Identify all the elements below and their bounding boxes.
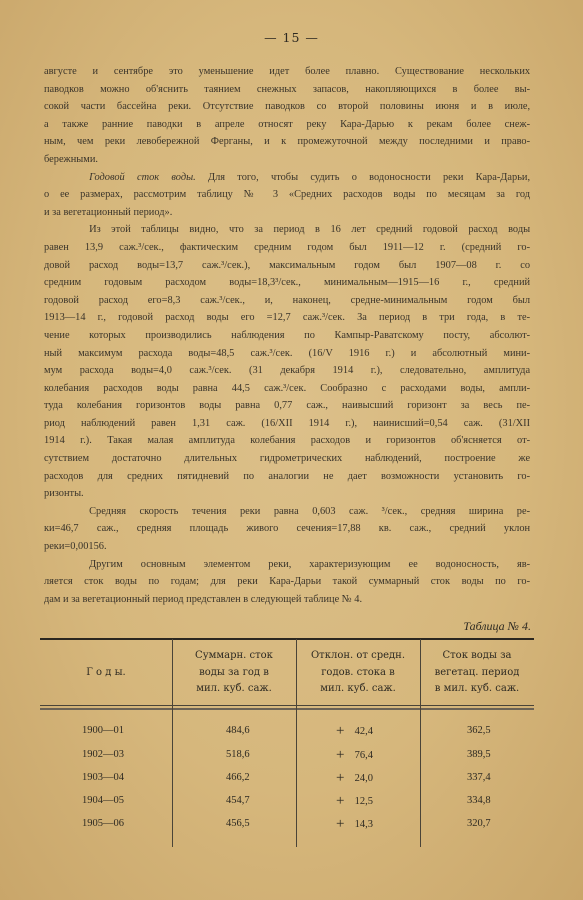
body-text: августе и сентябре это уменьшение идет б… (44, 63, 530, 608)
text-line: о ее размерах, рассмотрим таблицу № 3 «С… (44, 186, 530, 204)
cell-vegetation: 337,4 (467, 772, 491, 783)
text-line: туда колебания горизонтов воды равна 0,7… (44, 397, 530, 415)
paragraph-5: Другим основным элементом реки, характер… (44, 556, 530, 609)
text-line: Другим основным элементом реки, характер… (44, 556, 530, 574)
cell-year: 1902—03 (82, 749, 124, 760)
header-line: в мил. куб. саж. (420, 681, 534, 698)
plus-sign: + (336, 793, 352, 810)
text-line: чение которых производились наблюдения п… (44, 327, 530, 345)
text-fragment: Для того, чтобы судить о водоносности ре… (196, 172, 530, 183)
header-line: годов. стока в (296, 665, 420, 682)
text-line: риод наблюдений равен 1,31 саж. (16/XII … (44, 415, 530, 433)
text-line: сутствием достаточно длительных гидромет… (44, 450, 530, 468)
paragraph-2: Годовой сток воды. Для того, чтобы судит… (44, 169, 530, 222)
header-line: Сток воды за (420, 648, 534, 665)
text-line: расходов для средних пятидневий по анало… (44, 468, 530, 486)
text-line: ным, чем реки левобережной Ферганы, и к … (44, 133, 530, 151)
text-line: реки=0,00156. (44, 538, 530, 556)
cell-year: 1903—04 (82, 772, 124, 783)
cell-deviation: + 42,4 (336, 723, 373, 740)
header-annual-total: Суммарн. сток воды за год в мил. куб. са… (172, 648, 296, 698)
header-line: воды за год в (172, 665, 296, 682)
header-rule (40, 705, 534, 706)
text-line: Годовой сток воды. Для того, чтобы судит… (44, 169, 530, 187)
header-line: вегетац. период (420, 665, 534, 682)
plus-sign: + (336, 747, 352, 764)
paragraph-1: августе и сентябре это уменьшение идет б… (44, 63, 530, 169)
header-line: Г о д ы. (86, 667, 125, 678)
cell-deviation: + 24,0 (336, 770, 373, 787)
paragraph-4: Средняя скорость течения реки равна 0,60… (44, 503, 530, 556)
header-vegetation: Сток воды за вегетац. период в мил. куб.… (420, 648, 534, 698)
deviation-value: 24,0 (355, 773, 373, 784)
deviation-value: 14,3 (355, 819, 373, 830)
cell-total: 518,6 (226, 749, 250, 760)
text-line: ный максимум расхода воды=48,5 саж.³/сек… (44, 345, 530, 363)
header-line: Отклон. от средн. (296, 648, 420, 665)
cell-vegetation: 320,7 (467, 818, 491, 829)
plus-sign: + (336, 723, 352, 740)
text-line: 1914 г.). Такая малая амплитуда колебани… (44, 432, 530, 450)
text-line: ризонты. (44, 485, 530, 503)
header-deviation: Отклон. от средн. годов. стока в мил. ку… (296, 648, 420, 698)
deviation-value: 12,5 (355, 796, 373, 807)
table-caption: Таблица № 4. (463, 619, 531, 634)
cell-total: 456,5 (226, 818, 250, 829)
text-line: Средняя скорость течения реки равна 0,60… (44, 503, 530, 521)
text-line: Из этой таблицы видно, что за период в 1… (44, 221, 530, 239)
text-line: сокой части бассейна реки. Отсутствие па… (44, 98, 530, 116)
text-line: средним годовым расходом воды=18,3³/сек.… (44, 274, 530, 292)
cell-year: 1904—05 (82, 795, 124, 806)
text-line: бережными. (44, 151, 530, 169)
paragraph-3: Из этой таблицы видно, что за период в 1… (44, 221, 530, 503)
plus-sign: + (336, 816, 352, 833)
header-rule-double (40, 708, 534, 710)
text-line: 1913—14 г., годовой расход воды его =12,… (44, 309, 530, 327)
cell-vegetation: 389,5 (467, 749, 491, 760)
header-line: мил. куб. саж. (296, 681, 420, 698)
deviation-value: 42,4 (355, 726, 373, 737)
text-line: колебания расходов воды равна 44,5 саж.³… (44, 380, 530, 398)
header-line: мил. куб. саж. (172, 681, 296, 698)
text-line: довой расход воды=13,7 саж.³/сек.), макс… (44, 257, 530, 275)
cell-vegetation: 334,8 (467, 795, 491, 806)
header-years: Г о д ы. (40, 665, 172, 682)
cell-year: 1900—01 (82, 725, 124, 736)
section-heading: Годовой сток воды. (89, 172, 196, 183)
cell-total: 466,2 (226, 772, 250, 783)
cell-total: 484,6 (226, 725, 250, 736)
text-line: и за вегетационный период». (44, 204, 530, 222)
text-line: мум расхода воды=4,0 саж.³/сек. (31 дека… (44, 362, 530, 380)
text-line: годовой расход его=8,3 саж.³/сек., и, на… (44, 292, 530, 310)
header-line: Суммарн. сток (172, 648, 296, 665)
text-line: а также ранние паводки в апреле относят … (44, 116, 530, 134)
text-line: дам и за вегетационный период представле… (44, 591, 530, 609)
page-number: — 15 — (0, 30, 583, 45)
cell-deviation: + 14,3 (336, 816, 373, 833)
plus-sign: + (336, 770, 352, 787)
document-page: — 15 — августе и сентябре это уменьшение… (0, 0, 583, 900)
deviation-value: 76,4 (355, 750, 373, 761)
text-line: ки=46,7 саж., средняя площадь живого сеч… (44, 520, 530, 538)
cell-deviation: + 12,5 (336, 793, 373, 810)
cell-vegetation: 362,5 (467, 725, 491, 736)
text-line: паводков можно об'яснить таянием снежных… (44, 81, 530, 99)
text-line: ляется сток воды по годам; для реки Кара… (44, 573, 530, 591)
cell-year: 1905—06 (82, 818, 124, 829)
cell-total: 454,7 (226, 795, 250, 806)
table-top-rule (40, 638, 534, 640)
cell-deviation: + 76,4 (336, 747, 373, 764)
text-line: августе и сентябре это уменьшение идет б… (44, 63, 530, 81)
text-line: равен 13,9 саж.³/сек., фактическим средн… (44, 239, 530, 257)
